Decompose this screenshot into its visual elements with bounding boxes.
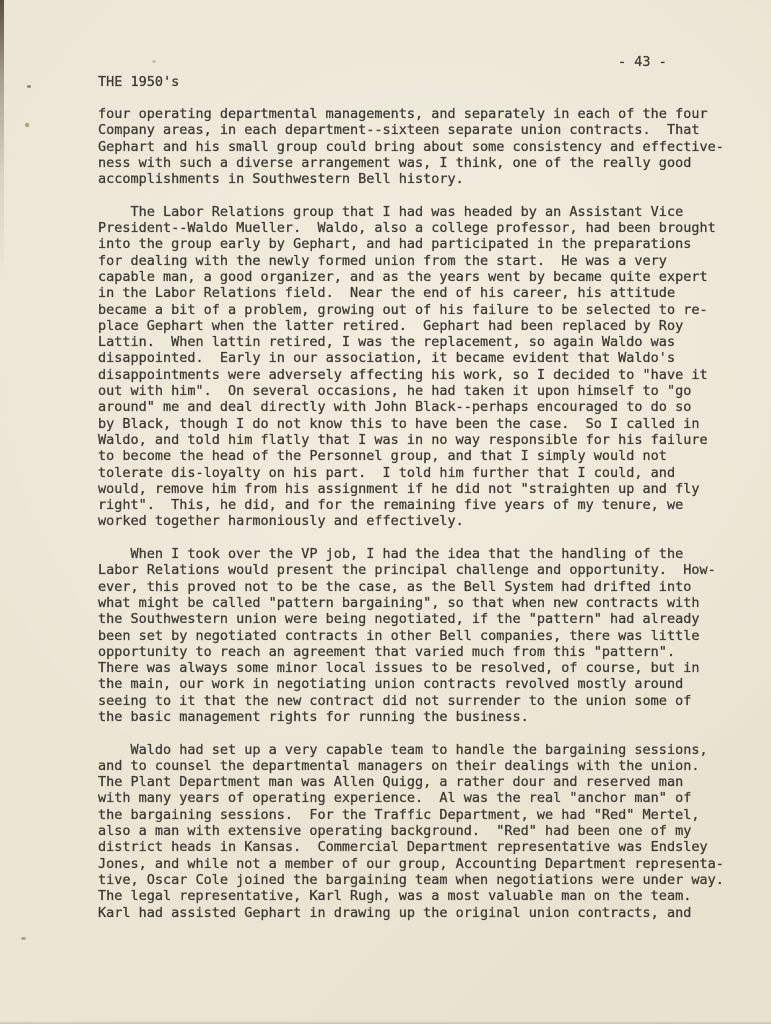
page-header-title: THE 1950's (98, 74, 179, 90)
document-body: four operating departmental managements,… (98, 106, 738, 937)
paper-speck (21, 937, 26, 940)
paper-speck (25, 123, 29, 127)
paragraph-2: The Labor Relations group that I had was… (98, 204, 738, 530)
paragraph-1: four operating departmental managements,… (98, 106, 738, 187)
paper-speck (27, 85, 31, 88)
paragraph-3: When I took over the VP job, I had the i… (98, 546, 738, 725)
page-number: - 43 - (618, 54, 667, 70)
paper-speck (152, 60, 156, 63)
scan-edge-left (0, 0, 4, 280)
document-page: - 43 - THE 1950's four operating departm… (0, 0, 771, 1024)
paragraph-4: Waldo had set up a very capable team to … (98, 742, 738, 921)
